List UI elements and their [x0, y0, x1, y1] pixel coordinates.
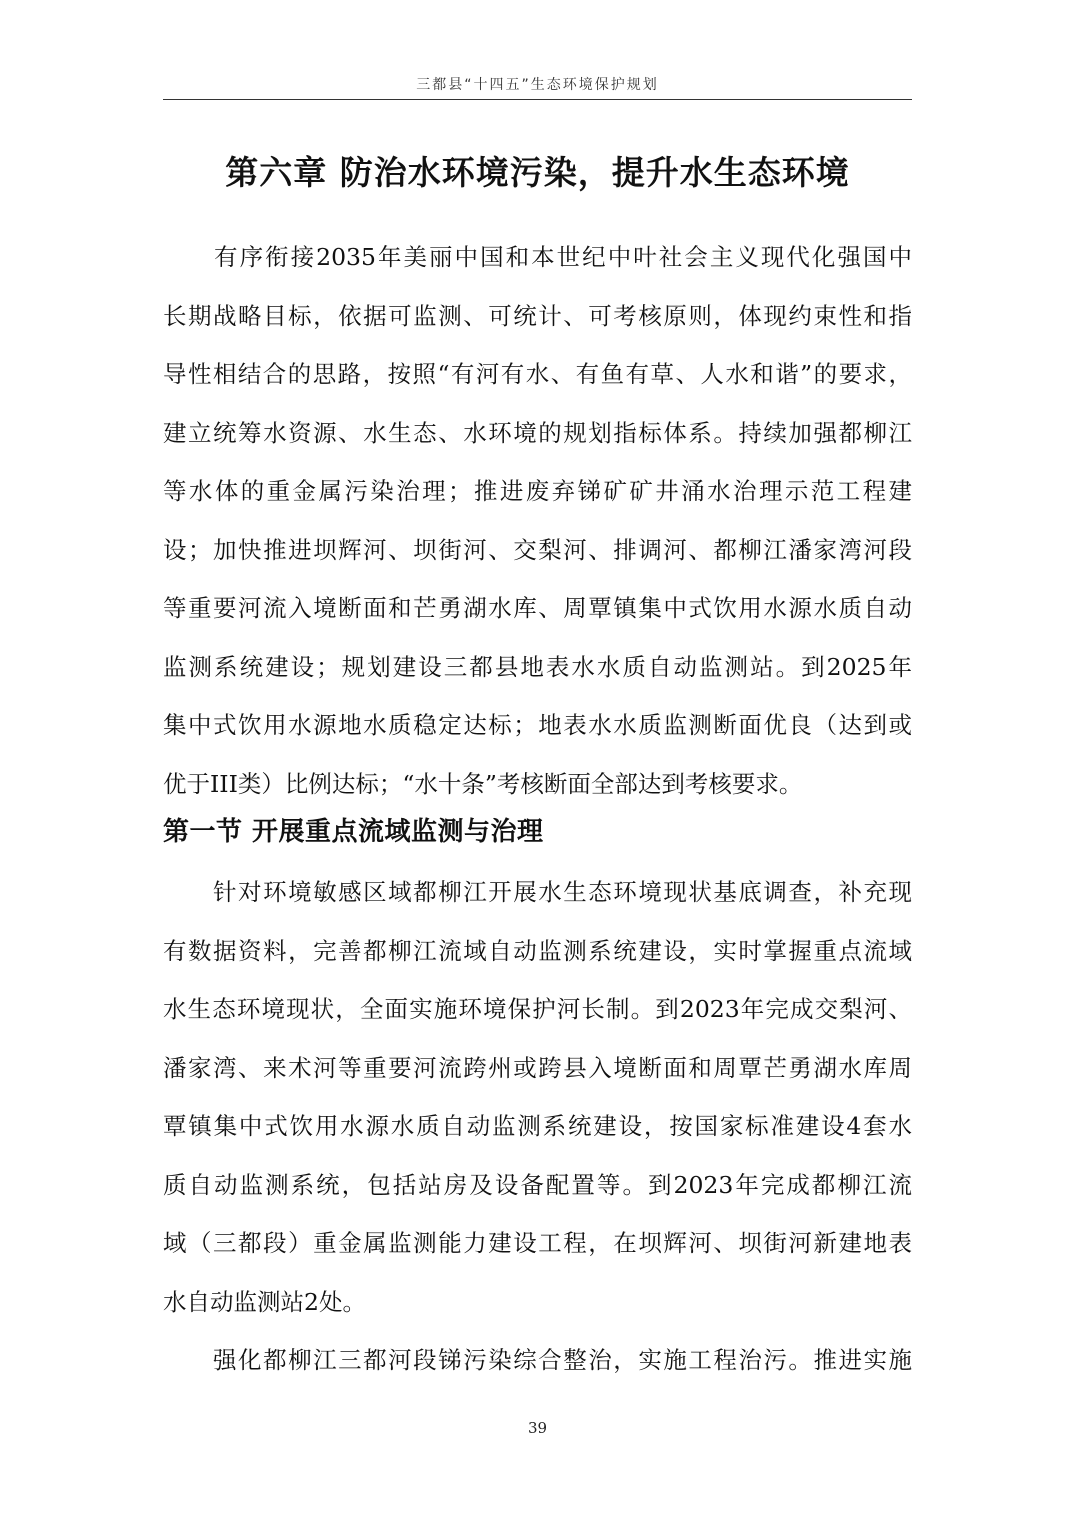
section-title: 第一节 开展重点流域监测与治理	[163, 810, 544, 854]
paragraph-line: 长期战略目标，依据可监测、可统计、可考核原则，体现约束性和指	[163, 287, 912, 346]
paragraph-line: 水生态环境现状，全面实施环境保护河长制。到2023年完成交梨河、	[163, 980, 912, 1039]
paragraph-line: 有序衔接2035年美丽中国和本世纪中叶社会主义现代化强国中	[163, 228, 912, 287]
header-rule	[163, 99, 912, 100]
paragraph-line: 设；加快推进坝辉河、坝街河、交梨河、排调河、都柳江潘家湾河段	[163, 521, 912, 580]
paragraph-line: 集中式饮用水源地水质稳定达标；地表水水质监测断面优良（达到或	[163, 696, 912, 755]
chapter-intro-paragraph: 有序衔接2035年美丽中国和本世纪中叶社会主义现代化强国中 长期战略目标，依据可…	[163, 228, 912, 813]
paragraph-line: 有数据资料，完善都柳江流域自动监测系统建设，实时掌握重点流域	[163, 922, 912, 981]
paragraph-line: 水自动监测站2处。	[163, 1273, 912, 1332]
paragraph-line: 质自动监测系统，包括站房及设备配置等。到2023年完成都柳江流	[163, 1156, 912, 1215]
section-paragraph-1: 针对环境敏感区域都柳江开展水生态环境现状基底调查，补充现 有数据资料，完善都柳江…	[163, 863, 912, 1331]
chapter-title: 第六章 防治水环境污染，提升水生态环境	[163, 148, 912, 198]
paragraph-line: 建立统筹水资源、水生态、水环境的规划指标体系。持续加强都柳江	[163, 404, 912, 463]
paragraph-line: 等重要河流入境断面和芒勇湖水库、周覃镇集中式饮用水源水质自动	[163, 579, 912, 638]
section-paragraph-2: 强化都柳江三都河段锑污染综合整治，实施工程治污。推进实施	[163, 1331, 912, 1390]
paragraph-line: 针对环境敏感区域都柳江开展水生态环境现状基底调查，补充现	[163, 863, 912, 922]
paragraph-line: 强化都柳江三都河段锑污染综合整治，实施工程治污。推进实施	[163, 1331, 912, 1390]
paragraph-line: 导性相结合的思路，按照“有河有水、有鱼有草、人水和谐”的要求，	[163, 345, 912, 404]
paragraph-line: 监测系统建设；规划建设三都县地表水水质自动监测站。到2025年	[163, 638, 912, 697]
paragraph-line: 覃镇集中式饮用水源水质自动监测系统建设，按国家标准建设4套水	[163, 1097, 912, 1156]
paragraph-line: 潘家湾、来术河等重要河流跨州或跨县入境断面和周覃芒勇湖水库周	[163, 1039, 912, 1098]
paragraph-line: 域（三都段）重金属监测能力建设工程，在坝辉河、坝街河新建地表	[163, 1214, 912, 1273]
page-number: 39	[163, 1419, 912, 1437]
paragraph-line: 等水体的重金属污染治理；推进废弃锑矿矿井涌水治理示范工程建	[163, 462, 912, 521]
running-header: 三都县“十四五”生态环境保护规划	[163, 74, 912, 94]
paragraph-line: 优于III类）比例达标；“水十条”考核断面全部达到考核要求。	[163, 755, 912, 814]
